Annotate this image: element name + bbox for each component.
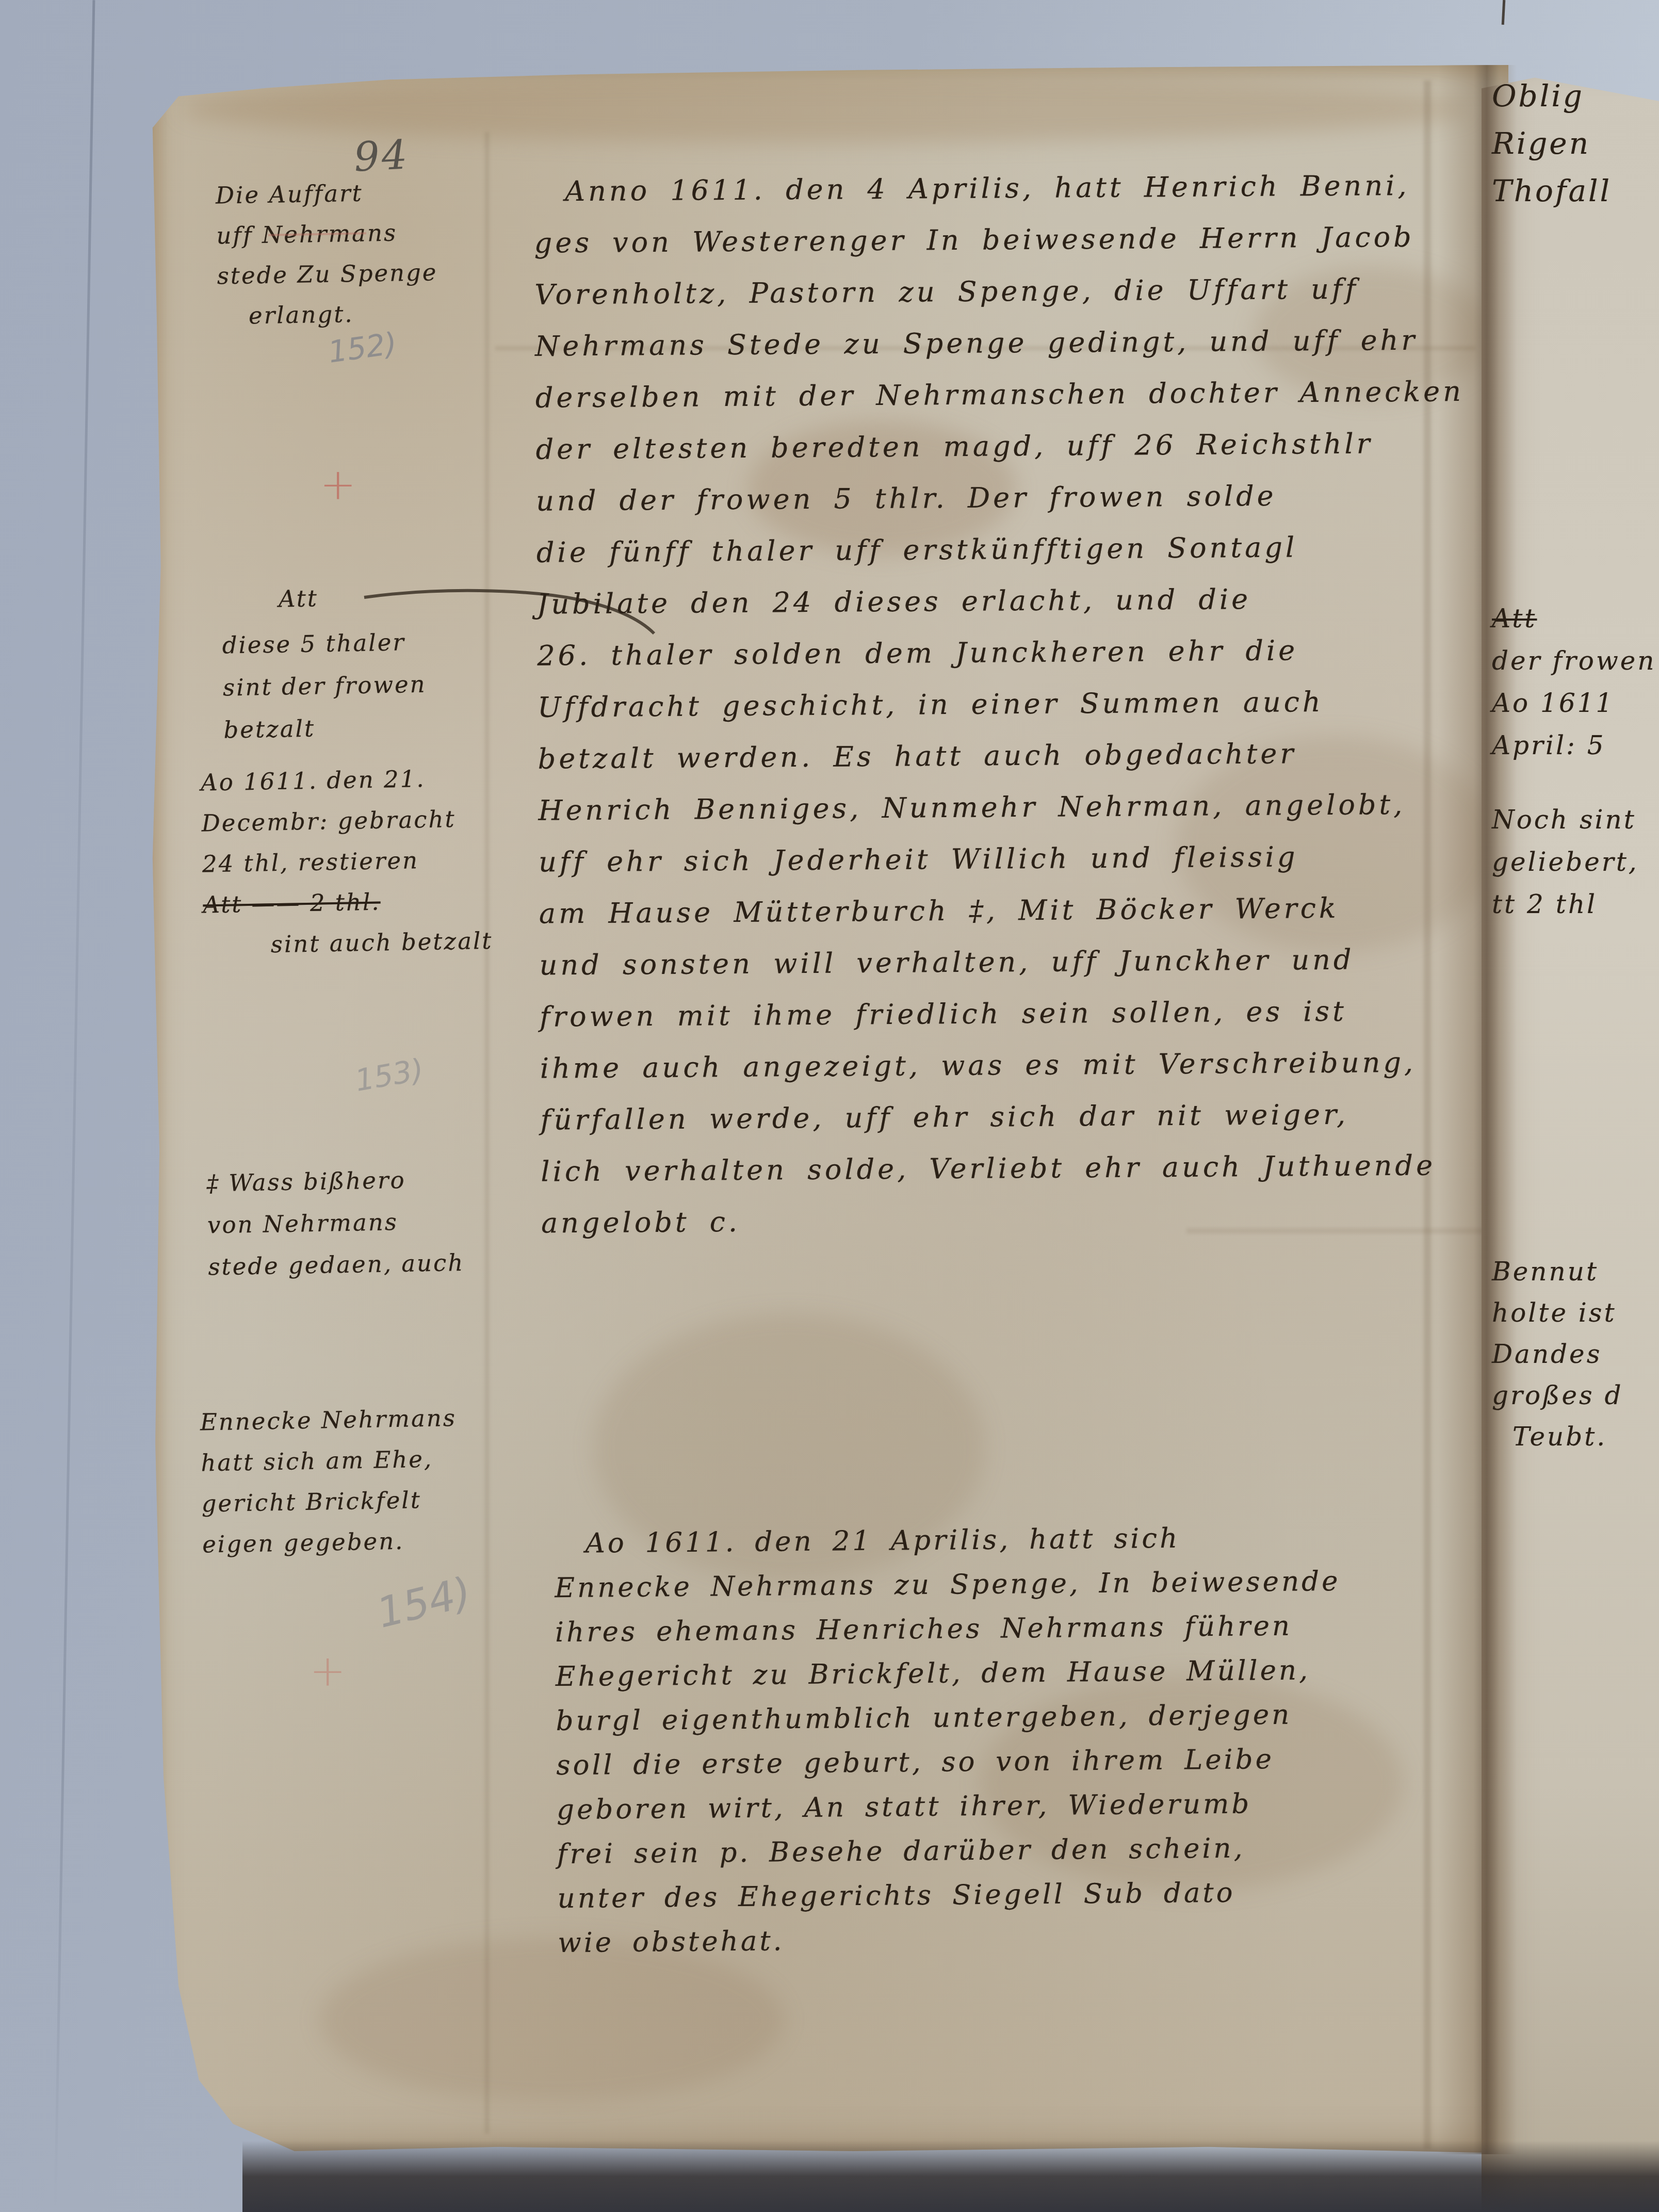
margin-note-line: stede Zu Spenge <box>217 250 547 296</box>
manuscript-line: die fünff thaler uff erstkünfftigen Sont… <box>536 520 1517 578</box>
manuscript-line: Ehegericht zu Brickfelt, dem Hause Mülle… <box>556 1647 1516 1699</box>
manuscript-line: Teubt. <box>1492 1416 1659 1457</box>
manuscript-line: angelobt c. <box>541 1191 1522 1249</box>
facing-page-fragment-top: Oblig Rigen Thofall <box>1492 72 1659 215</box>
manuscript-line: fürfallen werde, uff ehr sich dar nit we… <box>540 1087 1521 1146</box>
manuscript-line: 26. thaler solden dem Junckheren ehr die <box>537 623 1518 681</box>
manuscript-line: Thofall <box>1492 167 1659 215</box>
manuscript-line: wie obstehat. <box>558 1913 1518 1965</box>
manuscript-line: frowen mit ihme friedlich sein sollen, e… <box>540 984 1520 1043</box>
manuscript-line: Nehrmans Stede zu Spenge gedingt, und uf… <box>535 314 1516 372</box>
margin-note-line: hatt sich am Ehe, <box>201 1437 531 1483</box>
red-cross-mark: + <box>310 1646 346 1696</box>
table-seam-line <box>54 0 95 2211</box>
manuscript-line: der eltesten beredten magd, uff 26 Reich… <box>535 417 1516 475</box>
margin-note-line: diese 5 thaler <box>222 619 552 666</box>
manuscript-line: Bennut <box>1492 1251 1659 1292</box>
ink-stroke-top-edge <box>1502 0 1506 25</box>
red-cross-mark: + <box>320 459 356 510</box>
margin-note-line: eigen gegeben. <box>202 1518 532 1565</box>
manuscript-line: Dandes <box>1492 1333 1659 1375</box>
photo-of-manuscript: 94 Die Auffart uff Nehrmans stede Zu Spe… <box>0 0 1659 2212</box>
margin-note-line: ‡ Wass bißhero <box>206 1157 537 1204</box>
margin-note-line: sint der frowen <box>222 661 553 709</box>
margin-note-line: 24 thl, restieren <box>202 838 532 884</box>
manuscript-line: am Hause Mütterburch ‡, Mit Böcker Werck <box>539 881 1519 939</box>
margin-note-payment-lines: diese 5 thaler sint der frowen betzalt <box>222 619 554 751</box>
manuscript-line: burgl eigenthumblich untergeben, derjege… <box>556 1691 1516 1744</box>
manuscript-line: und sonsten will verhalten, uff Junckher… <box>539 933 1520 991</box>
margin-note-heading: Die Auffart uff Nehrmans stede Zu Spenge… <box>215 170 548 336</box>
manuscript-line: Oblig <box>1492 72 1659 120</box>
manuscript-line: Vorenholtz, Pastorn zu Spenge, die Uffar… <box>534 262 1515 320</box>
manuscript-line: Henrich Benniges, Nunmehr Nehrman, angel… <box>538 778 1519 836</box>
paper-stain <box>181 75 1470 142</box>
manuscript-line: derselben mit der Nehrmanschen dochter A… <box>535 365 1516 424</box>
manuscript-line: holte ist <box>1492 1292 1659 1333</box>
manuscript-line: Noch sint <box>1492 799 1659 841</box>
manuscript-line: frei sein p. Besehe darüber den schein, <box>557 1824 1517 1877</box>
manuscript-line: der frowen <box>1492 640 1659 682</box>
facing-page-fragment-low: Bennut holte ist Dandes großes d Teubt. <box>1492 1251 1659 1457</box>
manuscript-line: großes d <box>1492 1375 1659 1416</box>
manuscript-line: Rigen <box>1492 120 1659 167</box>
page-bottom-shadow <box>242 2141 1659 2212</box>
margin-note-line: stede gedaen, auch <box>208 1240 539 1288</box>
manuscript-line: ihres ehemans Henriches Nehrmans führen <box>555 1602 1515 1655</box>
margin-note-wass-bisshero: ‡ Wass bißhero von Nehrmans stede gedaen… <box>206 1157 539 1288</box>
margin-note-december-payment: Ao 1611. den 21. Decembr: gebracht 24 th… <box>201 756 534 966</box>
margin-note-line: Decembr: gebracht <box>201 797 532 843</box>
manuscript-line: Jubilate den 24 dieses erlacht, und die <box>536 572 1517 630</box>
margin-note-line: gericht Brickfelt <box>201 1477 532 1524</box>
margin-note-line-struck: Att —— 2 thl. <box>203 879 533 925</box>
margin-note-line: uff Nehrmans <box>216 210 547 256</box>
manuscript-line: lich verhalten solde, Verliebt ehr auch … <box>541 1139 1521 1197</box>
manuscript-line: geboren wirt, An statt ihrer, Wiederumb <box>557 1780 1517 1832</box>
entry-2-text: Ao 1611. den 21 Aprilis, hatt sich Ennec… <box>554 1514 1517 1965</box>
manuscript-line: tt 2 thl <box>1492 883 1659 925</box>
margin-note-line: Ennecke Nehrmans <box>200 1396 530 1442</box>
manuscript-line: Anno 1611. den 4 Aprilis, hatt Henrich B… <box>534 159 1515 217</box>
manuscript-line: und der frowen 5 thlr. Der frowen solde <box>536 468 1517 527</box>
manuscript-line: uff ehr sich Jederheit Willich und fleis… <box>539 829 1519 888</box>
facing-page-fragment-mid2: Noch sint geliebert, tt 2 thl <box>1492 799 1659 925</box>
margin-note-line: Ao 1611. den 21. <box>201 756 531 803</box>
margin-note-line: von Nehrmans <box>207 1198 538 1246</box>
margin-note-ennecke: Ennecke Nehrmans hatt sich am Ehe, geric… <box>200 1396 532 1565</box>
margin-note-line: sint auch betzalt <box>203 919 534 966</box>
manuscript-line: April: 5 <box>1492 724 1659 767</box>
manuscript-line: Uffdracht geschicht, in einer Summen auc… <box>538 675 1518 733</box>
manuscript-line-struck: Att <box>1492 597 1659 640</box>
manuscript-line: unter des Ehegerichts Siegell Sub dato <box>557 1868 1517 1921</box>
facing-page-fragment-mid: Att der frowen Ao 1611 April: 5 <box>1492 597 1659 767</box>
vertical-fold-crease <box>485 132 489 2134</box>
margin-note-line: betzalt <box>223 703 554 751</box>
manuscript-line: Ao 1611 <box>1492 682 1659 724</box>
margin-note-line: Die Auffart <box>215 170 546 216</box>
manuscript-line: ihme auch angezeigt, was es mit Verschre… <box>540 1036 1521 1094</box>
manuscript-line: Ennecke Nehrmans zu Spenge, In beiwesend… <box>555 1558 1515 1611</box>
manuscript-line: geliebert, <box>1492 841 1659 883</box>
manuscript-line: ges von Westerenger In beiwesende Herrn … <box>534 210 1515 269</box>
manuscript-line: betzalt werden. Es hatt auch obgedachter <box>538 726 1518 785</box>
entry-1-text: Anno 1611. den 4 Aprilis, hatt Henrich B… <box>534 159 1522 1249</box>
manuscript-line: soll die erste geburt, so von ihrem Leib… <box>556 1735 1516 1788</box>
manuscript-line: Ao 1611. den 21 Aprilis, hatt sich <box>554 1514 1514 1566</box>
